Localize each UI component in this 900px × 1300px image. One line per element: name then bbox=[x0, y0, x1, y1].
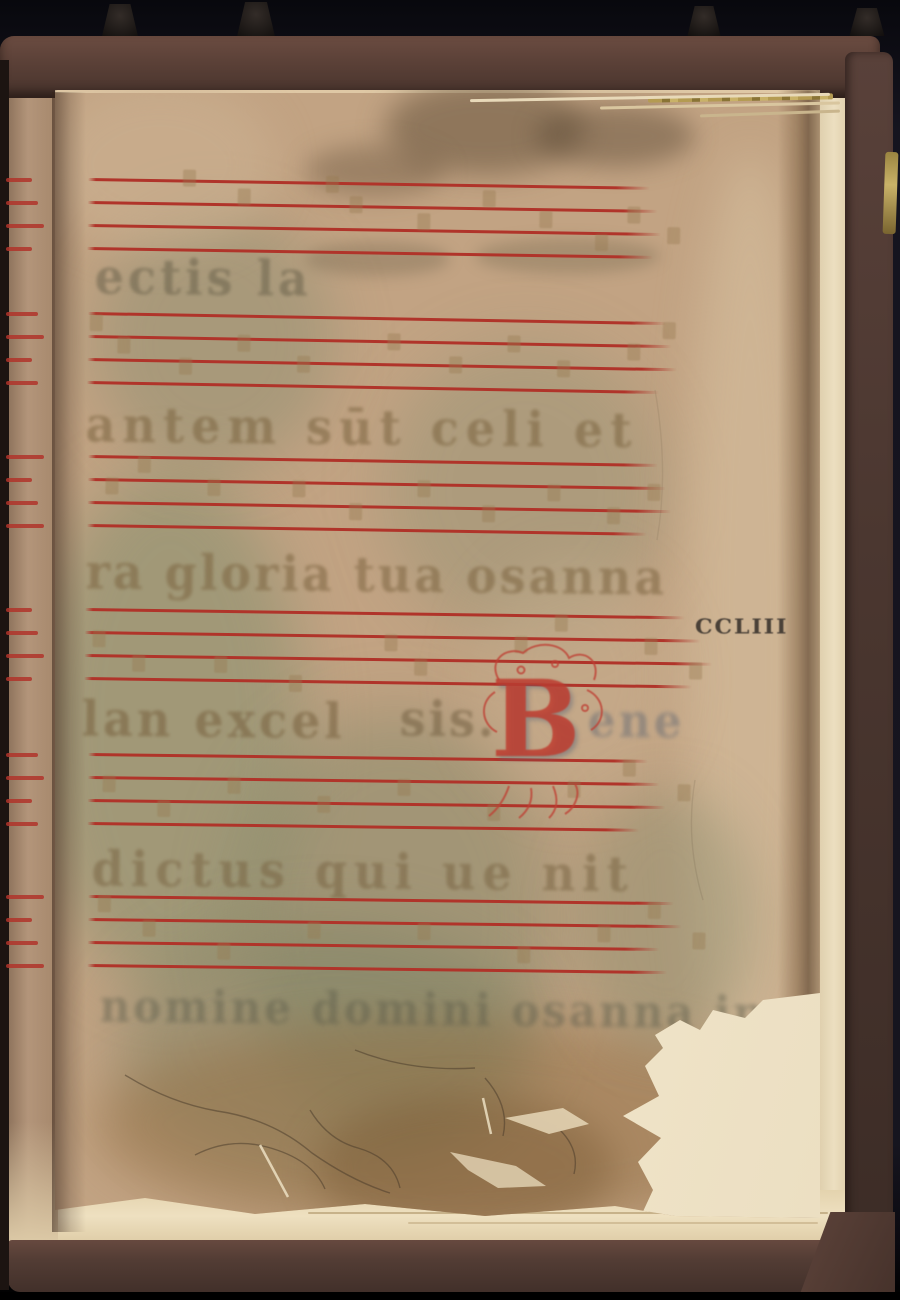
facing-stave-line-end bbox=[6, 677, 32, 681]
facing-stave-line-end bbox=[6, 631, 38, 635]
page-edge-line bbox=[408, 1222, 818, 1224]
leather-cover-right-edge bbox=[845, 52, 893, 1267]
facing-stave-line-end bbox=[6, 247, 32, 251]
facing-stave-line-end bbox=[6, 224, 44, 228]
facing-stave-line-end bbox=[6, 358, 32, 362]
facing-stave-line-end bbox=[6, 501, 38, 505]
facing-stave-line-end bbox=[6, 178, 32, 182]
leather-cover-bottom-edge bbox=[8, 1240, 890, 1292]
facing-stave-line-end bbox=[6, 941, 38, 945]
facing-strip-fade bbox=[8, 1122, 58, 1242]
facing-stave-line-end bbox=[6, 776, 44, 780]
facing-stave-line-end bbox=[6, 918, 32, 922]
facing-stave-line-end bbox=[6, 335, 44, 339]
facing-stave-line-end bbox=[6, 608, 32, 612]
facing-stave-line-end bbox=[6, 201, 38, 205]
manuscript-photo: ectis laantem sūt celi etra gloria tua o… bbox=[0, 0, 900, 1300]
leather-cover-top-edge bbox=[0, 36, 880, 98]
facing-page-gutter-strip bbox=[8, 92, 58, 1242]
facing-stave-line-end bbox=[6, 455, 44, 459]
facing-stave-line-end bbox=[6, 381, 38, 385]
facing-stave-line-end bbox=[6, 895, 44, 899]
facing-stave-line-end bbox=[6, 799, 32, 803]
facing-stave-line-end bbox=[6, 822, 38, 826]
leather-cover-left-edge bbox=[0, 60, 9, 1290]
facing-stave-line-end bbox=[6, 654, 44, 658]
photo-bottom-border bbox=[0, 1292, 900, 1300]
facing-stave-line-end bbox=[6, 753, 38, 757]
facing-stave-line-end bbox=[6, 964, 44, 968]
facing-stave-line-end bbox=[6, 312, 38, 316]
facing-stave-line-end bbox=[6, 524, 44, 528]
facing-stave-line-end bbox=[6, 478, 32, 482]
manuscript-page: ectis laantem sūt celi etra gloria tua o… bbox=[55, 90, 820, 1218]
